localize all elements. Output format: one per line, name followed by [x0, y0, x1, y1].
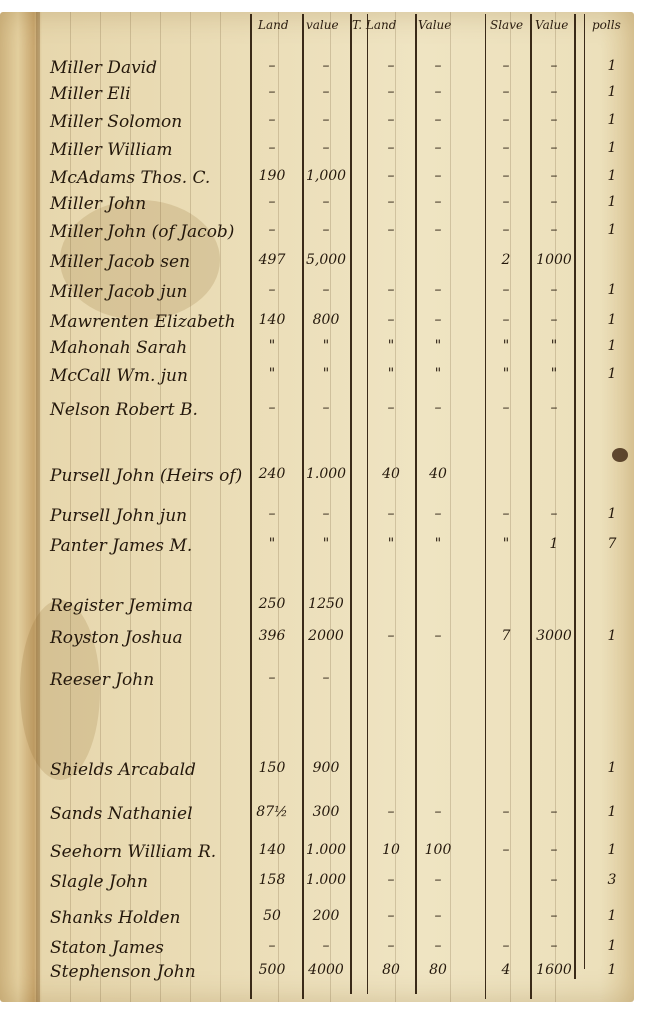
taxpayer-name: Mawrenten Elizabeth — [50, 312, 236, 332]
table-row: McCall Wm. jun""""""1 — [0, 366, 634, 392]
cell-slave: – — [486, 312, 526, 328]
taxpayer-name: Pursell John (Heirs of) — [50, 466, 242, 486]
cell-value: – — [306, 84, 346, 100]
cell-slave: – — [486, 282, 526, 298]
cell-slave-value: 3000 — [534, 628, 574, 644]
table-row: Miller David––––––1 — [0, 58, 634, 84]
cell-slave-value: 1 — [534, 536, 574, 552]
cell-t-value: " — [418, 366, 458, 382]
cell-slave: – — [486, 84, 526, 100]
table-row: Miller John––––––1 — [0, 194, 634, 220]
taxpayer-name: Mahonah Sarah — [50, 338, 187, 358]
cell-t-land: – — [371, 938, 411, 954]
cell-t-value: – — [418, 222, 458, 238]
cell-t-value: 100 — [418, 842, 458, 858]
table-row: Miller Jacob sen4975,00021000 — [0, 252, 634, 278]
cell-t-land: – — [371, 506, 411, 522]
cell-land: 50 — [252, 908, 292, 924]
cell-slave: – — [486, 58, 526, 74]
cell-value: – — [306, 938, 346, 954]
cell-land: – — [252, 938, 292, 954]
cell-slave-value: " — [534, 366, 574, 382]
cell-t-land: 10 — [371, 842, 411, 858]
cell-t-value: – — [418, 312, 458, 328]
table-row: Miller Jacob jun––––––1 — [0, 282, 634, 308]
header-polls: polls — [592, 18, 621, 32]
table-row: McAdams Thos. C.1901,000––––1 — [0, 168, 634, 194]
table-row: Slagle John1581.000–––3 — [0, 872, 634, 898]
cell-polls: 1 — [592, 194, 632, 210]
cell-value: " — [306, 366, 346, 382]
cell-value: – — [306, 222, 346, 238]
cell-polls: 1 — [592, 804, 632, 820]
cell-t-value: – — [418, 400, 458, 416]
cell-t-value: – — [418, 628, 458, 644]
taxpayer-name: Nelson Robert B. — [50, 400, 198, 420]
cell-t-land: – — [371, 140, 411, 156]
table-row: Stephenson John50040008080416001 — [0, 962, 634, 988]
cell-polls: 1 — [592, 168, 632, 184]
cell-t-value: – — [418, 112, 458, 128]
cell-land: 140 — [252, 842, 292, 858]
taxpayer-name: Shields Arcabald — [50, 760, 196, 780]
cell-value: 2000 — [306, 628, 346, 644]
cell-value: 1.000 — [306, 872, 346, 888]
cell-t-value: 80 — [418, 962, 458, 978]
header-town-value: Value — [418, 18, 451, 32]
ink-blot — [612, 448, 628, 462]
cell-value: 800 — [306, 312, 346, 328]
cell-polls: 1 — [592, 506, 632, 522]
cell-land: – — [252, 400, 292, 416]
cell-slave: – — [486, 222, 526, 238]
table-row: Shanks Holden50200–––1 — [0, 908, 634, 934]
cell-value: – — [306, 112, 346, 128]
cell-slave: " — [486, 366, 526, 382]
taxpayer-name: Sands Nathaniel — [50, 804, 193, 824]
cell-slave: 7 — [486, 628, 526, 644]
cell-t-land: – — [371, 872, 411, 888]
cell-t-land: " — [371, 536, 411, 552]
cell-slave: – — [486, 168, 526, 184]
cell-t-land: – — [371, 58, 411, 74]
cell-slave-value: – — [534, 84, 574, 100]
cell-polls: 7 — [592, 536, 632, 552]
cell-t-value: – — [418, 506, 458, 522]
cell-polls: 1 — [592, 908, 632, 924]
table-row: Pursell John jun––––––1 — [0, 506, 634, 532]
cell-t-land: " — [371, 366, 411, 382]
cell-land: 190 — [252, 168, 292, 184]
cell-slave: – — [486, 140, 526, 156]
cell-polls: 1 — [592, 140, 632, 156]
cell-slave-value: – — [534, 312, 574, 328]
header-slave-value: Value — [535, 18, 568, 32]
cell-value: " — [306, 536, 346, 552]
taxpayer-name: Miller Jacob jun — [50, 282, 187, 302]
cell-land: 150 — [252, 760, 292, 776]
cell-t-value: – — [418, 140, 458, 156]
cell-slave: 2 — [486, 252, 526, 268]
taxpayer-name: Shanks Holden — [50, 908, 181, 928]
cell-slave-value: – — [534, 140, 574, 156]
taxpayer-name: Register Jemima — [50, 596, 193, 616]
cell-land: – — [252, 670, 292, 686]
cell-land: 497 — [252, 252, 292, 268]
cell-t-value: – — [418, 282, 458, 298]
cell-slave-value: – — [534, 58, 574, 74]
cell-value: – — [306, 140, 346, 156]
taxpayer-name: McCall Wm. jun — [50, 366, 188, 386]
cell-slave-value: – — [534, 506, 574, 522]
table-row: Miller Solomon––––––1 — [0, 112, 634, 138]
cell-t-value: – — [418, 872, 458, 888]
cell-land: " — [252, 366, 292, 382]
cell-value: " — [306, 338, 346, 354]
cell-t-land: – — [371, 804, 411, 820]
table-row: Pursell John (Heirs of)2401.0004040 — [0, 466, 634, 492]
cell-value: 5,000 — [306, 252, 346, 268]
cell-t-value: " — [418, 338, 458, 354]
cell-polls: 1 — [592, 58, 632, 74]
cell-slave: – — [486, 938, 526, 954]
cell-slave-value: – — [534, 282, 574, 298]
cell-land: 140 — [252, 312, 292, 328]
taxpayer-name: Miller William — [50, 140, 173, 160]
taxpayer-name: Miller John (of Jacob) — [50, 222, 234, 242]
taxpayer-name: Slagle John — [50, 872, 148, 892]
cell-t-land: – — [371, 400, 411, 416]
cell-t-land: – — [371, 168, 411, 184]
table-row: Mawrenten Elizabeth140800––––1 — [0, 312, 634, 338]
cell-slave-value: – — [534, 168, 574, 184]
cell-slave-value: – — [534, 222, 574, 238]
cell-polls: 1 — [592, 842, 632, 858]
taxpayer-name: Panter James M. — [50, 536, 192, 556]
cell-value: 1.000 — [306, 466, 346, 482]
table-row: Mahonah Sarah""""""1 — [0, 338, 634, 364]
cell-slave-value: – — [534, 908, 574, 924]
cell-polls: 3 — [592, 872, 632, 888]
cell-land: – — [252, 84, 292, 100]
table-row: Nelson Robert B.–––––– — [0, 400, 634, 426]
cell-polls: 1 — [592, 112, 632, 128]
cell-t-land: – — [371, 282, 411, 298]
cell-value: 300 — [306, 804, 346, 820]
cell-slave-value: – — [534, 872, 574, 888]
cell-polls: 1 — [592, 962, 632, 978]
cell-slave-value: 1600 — [534, 962, 574, 978]
table-row: Miller John (of Jacob)––––––1 — [0, 222, 634, 248]
table-row: Panter James M."""""17 — [0, 536, 634, 562]
taxpayer-name: Pursell John jun — [50, 506, 187, 526]
cell-polls: 1 — [592, 366, 632, 382]
taxpayer-name: Seehorn William R. — [50, 842, 216, 862]
cell-slave-value: " — [534, 338, 574, 354]
table-row: Sands Nathaniel87½300––––1 — [0, 804, 634, 830]
table-row: Miller William––––––1 — [0, 140, 634, 166]
cell-land: – — [252, 194, 292, 210]
cell-t-value: " — [418, 536, 458, 552]
cell-value: 1250 — [306, 596, 346, 612]
cell-polls: 1 — [592, 222, 632, 238]
cell-land: 158 — [252, 872, 292, 888]
cell-land: " — [252, 536, 292, 552]
cell-slave: " — [486, 536, 526, 552]
header-value: value — [306, 18, 339, 32]
cell-polls: 1 — [592, 282, 632, 298]
cell-value: – — [306, 194, 346, 210]
cell-value: – — [306, 400, 346, 416]
header-town-land: T. Land — [352, 18, 396, 32]
cell-t-value: – — [418, 804, 458, 820]
cell-slave: " — [486, 338, 526, 354]
cell-slave-value: – — [534, 194, 574, 210]
cell-value: 1.000 — [306, 842, 346, 858]
cell-slave: 4 — [486, 962, 526, 978]
cell-value: 200 — [306, 908, 346, 924]
cell-land: 250 — [252, 596, 292, 612]
cell-slave-value: – — [534, 804, 574, 820]
cell-t-land: 40 — [371, 466, 411, 482]
cell-slave-value: – — [534, 842, 574, 858]
taxpayer-name: Reeser John — [50, 670, 154, 690]
cell-t-value: – — [418, 938, 458, 954]
cell-slave-value: – — [534, 938, 574, 954]
taxpayer-name: McAdams Thos. C. — [50, 168, 210, 188]
cell-land: – — [252, 282, 292, 298]
cell-slave: – — [486, 842, 526, 858]
cell-t-value: – — [418, 58, 458, 74]
taxpayer-name: Miller Eli — [50, 84, 131, 104]
cell-value: – — [306, 506, 346, 522]
header-slave: Slave — [490, 18, 523, 32]
cell-t-land: – — [371, 222, 411, 238]
cell-t-land: – — [371, 84, 411, 100]
cell-polls: 1 — [592, 312, 632, 328]
table-row: Miller Eli––––––1 — [0, 84, 634, 110]
taxpayer-name: Staton James — [50, 938, 164, 958]
cell-t-land: – — [371, 112, 411, 128]
cell-land: 500 — [252, 962, 292, 978]
taxpayer-name: Miller Solomon — [50, 112, 182, 132]
cell-t-land: – — [371, 194, 411, 210]
cell-land: 87½ — [252, 804, 292, 820]
table-row: Shields Arcabald1509001 — [0, 760, 634, 786]
cell-slave-value: – — [534, 400, 574, 416]
table-row: Royston Joshua3962000––730001 — [0, 628, 634, 654]
cell-t-land: 80 — [371, 962, 411, 978]
cell-t-land: – — [371, 908, 411, 924]
taxpayer-name: Miller Jacob sen — [50, 252, 190, 272]
cell-t-value: 40 — [418, 466, 458, 482]
cell-value: – — [306, 58, 346, 74]
cell-land: " — [252, 338, 292, 354]
cell-slave: – — [486, 400, 526, 416]
cell-slave: – — [486, 112, 526, 128]
cell-polls: 1 — [592, 938, 632, 954]
table-row: Register Jemima2501250 — [0, 596, 634, 622]
cell-t-value: – — [418, 168, 458, 184]
cell-t-value: – — [418, 84, 458, 100]
taxpayer-name: Miller David — [50, 58, 157, 78]
cell-value: – — [306, 282, 346, 298]
cell-t-land: – — [371, 312, 411, 328]
cell-land: – — [252, 112, 292, 128]
cell-land: – — [252, 506, 292, 522]
cell-value: 4000 — [306, 962, 346, 978]
cell-slave: – — [486, 506, 526, 522]
cell-slave: – — [486, 194, 526, 210]
cell-slave-value: 1000 — [534, 252, 574, 268]
cell-t-land: – — [371, 628, 411, 644]
cell-slave: – — [486, 804, 526, 820]
cell-value: 900 — [306, 760, 346, 776]
cell-polls: 1 — [592, 84, 632, 100]
cell-t-value: – — [418, 908, 458, 924]
cell-land: 240 — [252, 466, 292, 482]
cell-land: – — [252, 58, 292, 74]
table-row: Seehorn William R.1401.00010100––1 — [0, 842, 634, 868]
cell-polls: 1 — [592, 760, 632, 776]
cell-land: – — [252, 140, 292, 156]
cell-t-land: " — [371, 338, 411, 354]
cell-slave-value: – — [534, 112, 574, 128]
table-row: Staton James––––––1 — [0, 938, 634, 964]
cell-value: – — [306, 670, 346, 686]
cell-land: 396 — [252, 628, 292, 644]
taxpayer-name: Royston Joshua — [50, 628, 183, 648]
cell-polls: 1 — [592, 628, 632, 644]
cell-land: – — [252, 222, 292, 238]
table-row: Reeser John–– — [0, 670, 634, 696]
taxpayer-name: Stephenson John — [50, 962, 196, 982]
cell-value: 1,000 — [306, 168, 346, 184]
cell-polls: 1 — [592, 338, 632, 354]
header-land: Land — [258, 18, 289, 32]
taxpayer-name: Miller John — [50, 194, 146, 214]
cell-t-value: – — [418, 194, 458, 210]
